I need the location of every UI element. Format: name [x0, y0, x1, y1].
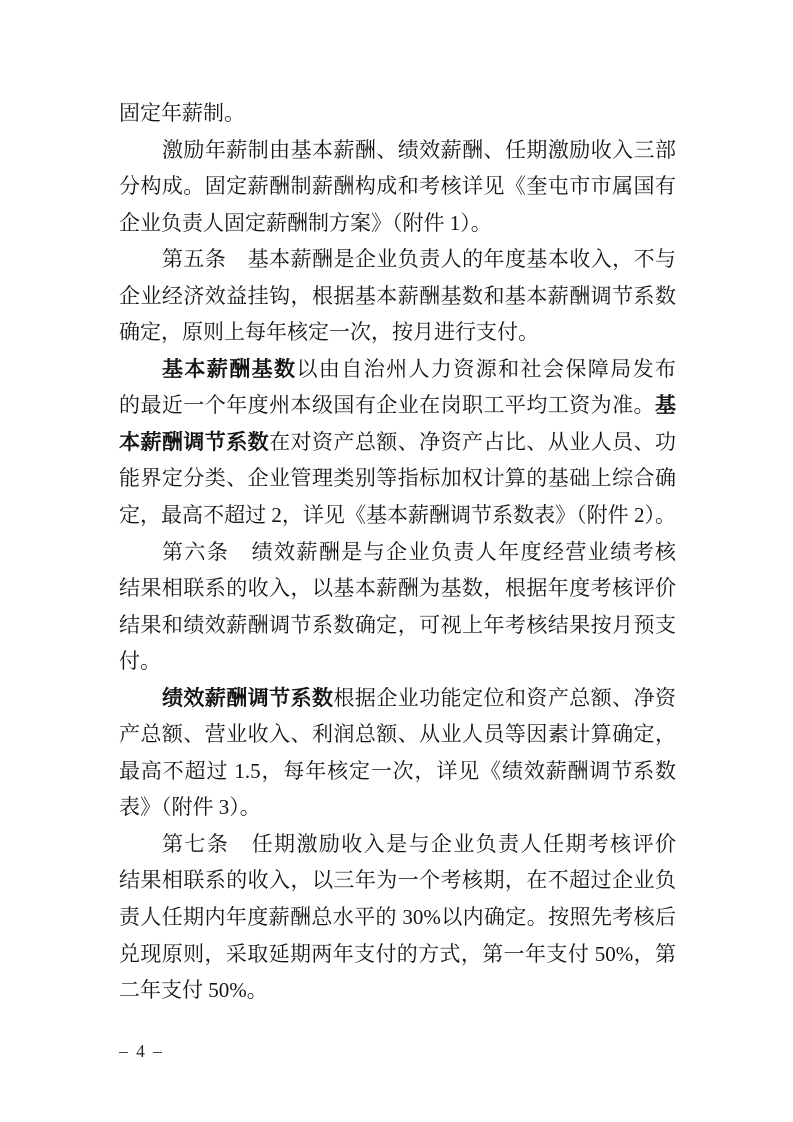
text-line: 结果相联系的收入，以基本薪酬为基数，根据年度考核评价: [119, 570, 676, 607]
text-run: 兑现原则，采取延期两年支付的方式，第一年支付 50%，第: [119, 942, 676, 966]
text-run: 最高不超过 1.5，每年核定一次，详见《绩效薪酬调节系数: [119, 759, 676, 783]
text-line: 确定，原则上每年核定一次，按月进行支付。: [119, 314, 676, 351]
text-line: 绩效薪酬调节系数根据企业功能定位和资产总额、净资: [119, 680, 676, 717]
bold-term: 基本薪酬基数: [162, 358, 296, 381]
text-run: 定，最高不超过 2，详见《基本薪酬调节系数表》（附件 2）。: [119, 503, 676, 527]
text-line: 第五条 基本薪酬是企业负责人的年度基本收入，不与: [119, 241, 676, 278]
text-line: 最高不超过 1.5，每年核定一次，详见《绩效薪酬调节系数: [119, 753, 676, 790]
text-line: 兑现原则，采取延期两年支付的方式，第一年支付 50%，第: [119, 936, 676, 973]
bold-term: 基: [655, 394, 676, 417]
text-line: 定，最高不超过 2，详见《基本薪酬调节系数表》（附件 2）。: [119, 497, 676, 534]
text-run: 以由自治州人力资源和社会保障局发布: [296, 357, 676, 381]
text-line: 结果相联系的收入，以三年为一个考核期，在不超过企业负: [119, 862, 676, 899]
text-line: 固定年薪制。: [119, 95, 676, 132]
text-line: 结果和绩效薪酬调节系数确定，可视上年考核结果按月预支: [119, 607, 676, 644]
bold-term: 绩效薪酬调节系数: [162, 687, 333, 710]
text-run: 第五条 基本薪酬是企业负责人的年度基本收入，不与: [162, 247, 676, 271]
text-line: 分构成。固定薪酬制薪酬构成和考核详见《奎屯市市属国有: [119, 168, 676, 205]
text-run: 结果相联系的收入，以基本薪酬为基数，根据年度考核评价: [119, 576, 676, 600]
text-run: 激励年薪制由基本薪酬、绩效薪酬、任期激励收入三部: [162, 138, 676, 162]
document-page: 固定年薪制。激励年薪制由基本薪酬、绩效薪酬、任期激励收入三部分构成。固定薪酬制薪…: [0, 0, 793, 1122]
bold-term: 本薪酬调节系数: [119, 431, 269, 454]
text-line: 第七条 任期激励收入是与企业负责人任期考核评价: [119, 826, 676, 863]
text-line: 表》（附件 3）。: [119, 789, 676, 826]
text-run: 的最近一个年度州本级国有企业在岗职工平均工资为准。: [119, 393, 655, 417]
text-run: 企业负责人固定薪酬制方案》（附件 1）。: [119, 211, 492, 235]
text-run: 第七条 任期激励收入是与企业负责人任期考核评价: [162, 832, 676, 856]
text-line: 本薪酬调节系数在对资产总额、净资产占比、从业人员、功: [119, 424, 676, 461]
text-run: 表》（附件 3）。: [119, 795, 261, 819]
text-line: 责人任期内年度薪酬总水平的 30%以内确定。按照先考核后: [119, 899, 676, 936]
text-run: 结果和绩效薪酬调节系数确定，可视上年考核结果按月预支: [119, 613, 676, 637]
page-number: – 4 –: [119, 1040, 164, 1062]
text-run: 确定，原则上每年核定一次，按月进行支付。: [119, 320, 539, 344]
text-line: 激励年薪制由基本薪酬、绩效薪酬、任期激励收入三部: [119, 132, 676, 169]
text-line: 二年支付 50%。: [119, 972, 676, 1009]
text-run: 分构成。固定薪酬制薪酬构成和考核详见《奎屯市市属国有: [119, 174, 676, 198]
text-run: 固定年薪制。: [119, 101, 245, 125]
text-line: 的最近一个年度州本级国有企业在岗职工平均工资为准。基: [119, 387, 676, 424]
text-run: 根据企业功能定位和资产总额、净资: [333, 686, 676, 710]
text-run: 付。: [119, 649, 161, 673]
text-line: 产总额、营业收入、利润总额、从业人员等因素计算确定，: [119, 716, 676, 753]
text-run: 第六条 绩效薪酬是与企业负责人年度经营业绩考核: [162, 540, 676, 564]
text-run: 二年支付 50%。: [119, 978, 268, 1002]
text-run: 结果相联系的收入，以三年为一个考核期，在不超过企业负: [119, 868, 676, 892]
text-line: 企业经济效益挂钩，根据基本薪酬基数和基本薪酬调节系数: [119, 278, 676, 315]
text-run: 产总额、营业收入、利润总额、从业人员等因素计算确定，: [119, 722, 676, 746]
text-line: 付。: [119, 643, 676, 680]
text-line: 基本薪酬基数以由自治州人力资源和社会保障局发布: [119, 351, 676, 388]
text-run: 企业经济效益挂钩，根据基本薪酬基数和基本薪酬调节系数: [119, 284, 676, 308]
text-run: 在对资产总额、净资产占比、从业人员、功: [269, 430, 676, 454]
text-line: 第六条 绩效薪酬是与企业负责人年度经营业绩考核: [119, 534, 676, 571]
text-run: 能界定分类、企业管理类别等指标加权计算的基础上综合确: [119, 466, 676, 490]
text-line: 企业负责人固定薪酬制方案》（附件 1）。: [119, 205, 676, 242]
text-run: 责人任期内年度薪酬总水平的 30%以内确定。按照先考核后: [119, 905, 676, 929]
document-body: 固定年薪制。激励年薪制由基本薪酬、绩效薪酬、任期激励收入三部分构成。固定薪酬制薪…: [119, 95, 676, 1009]
text-line: 能界定分类、企业管理类别等指标加权计算的基础上综合确: [119, 460, 676, 497]
